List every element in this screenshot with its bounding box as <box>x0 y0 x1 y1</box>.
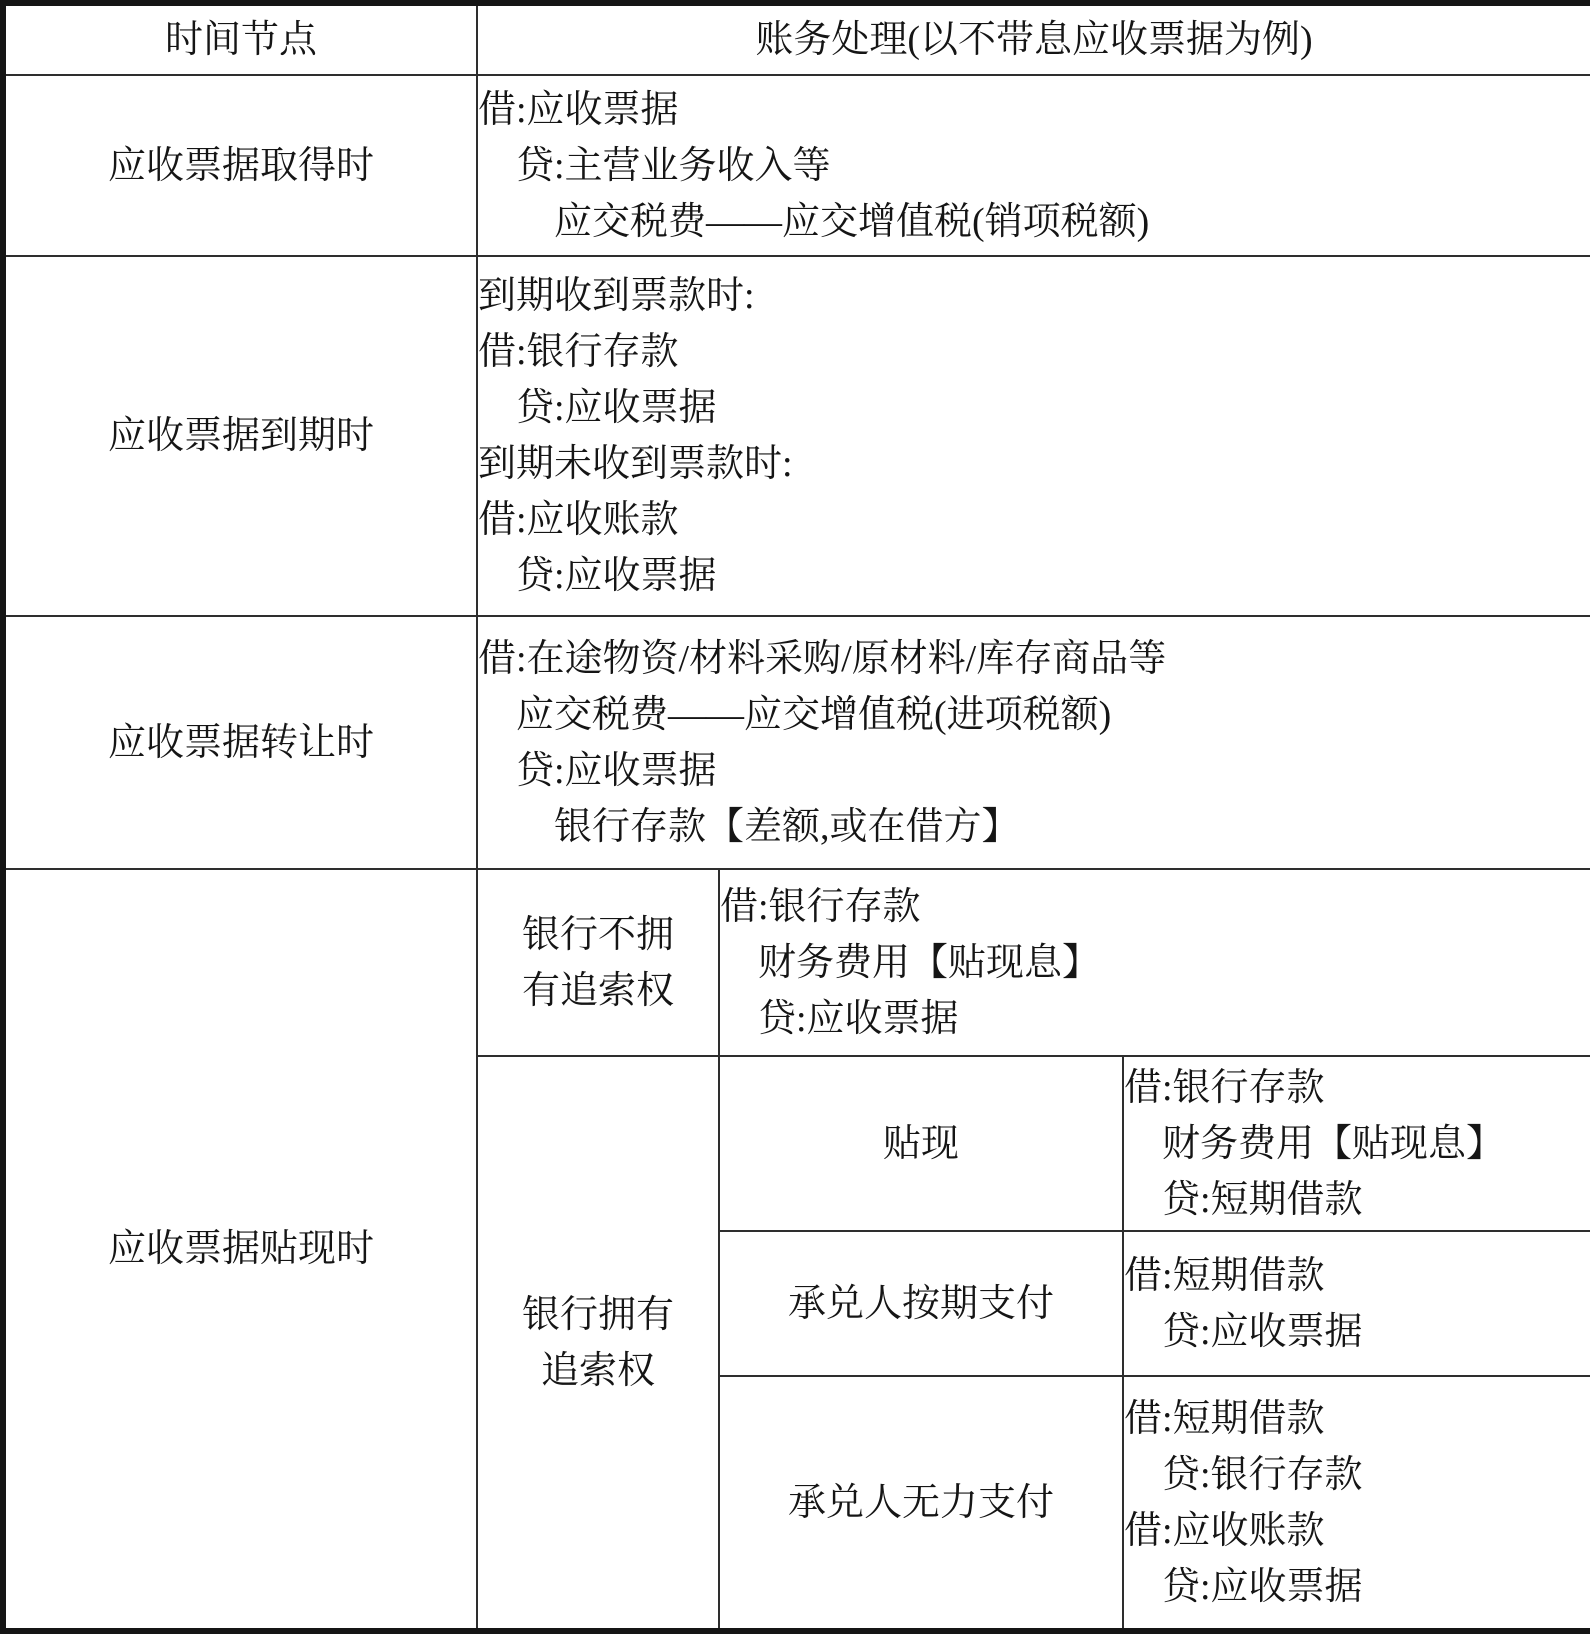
row-label-note-discounted: 应收票据贴现时 <box>3 869 477 1631</box>
entry-no-recourse: 借:银行存款 财务费用【贴现息】 贷:应收票据 <box>719 869 1590 1056</box>
row-label-note-transferred: 应收票据转让时 <box>3 616 477 869</box>
entry-acceptor-pays-on-time: 借:短期借款 贷:应收票据 <box>1123 1231 1590 1376</box>
case-label-discounting: 贴现 <box>719 1056 1123 1231</box>
sub-label-no-recourse: 银行不拥 有追索权 <box>477 869 719 1056</box>
entry-acceptor-unable-to-pay: 借:短期借款 贷:银行存款 借:应收账款 贷:应收票据 <box>1123 1376 1590 1631</box>
table-row: 应收票据转让时 借:在途物资/材料采购/原材料/库存商品等 应交税费——应交增值… <box>3 616 1590 869</box>
case-label-acceptor-pays-on-time: 承兑人按期支付 <box>719 1231 1123 1376</box>
table-row: 应收票据贴现时 银行不拥 有追索权 借:银行存款 财务费用【贴现息】 贷:应收票… <box>3 869 1590 1056</box>
accounting-treatment-table: 时间节点 账务处理(以不带息应收票据为例) 应收票据取得时 借:应收票据 贷:主… <box>0 0 1590 1634</box>
col-header-time-node: 时间节点 <box>3 3 477 75</box>
table-header-row: 时间节点 账务处理(以不带息应收票据为例) <box>3 3 1590 75</box>
row-label-note-matured: 应收票据到期时 <box>3 256 477 616</box>
col-header-treatment: 账务处理(以不带息应收票据为例) <box>477 3 1590 75</box>
entry-note-acquired: 借:应收票据 贷:主营业务收入等 应交税费——应交增值税(销项税额) <box>477 75 1590 256</box>
row-label-note-acquired: 应收票据取得时 <box>3 75 477 256</box>
table-row: 应收票据取得时 借:应收票据 贷:主营业务收入等 应交税费——应交增值税(销项税… <box>3 75 1590 256</box>
table-row: 应收票据到期时 到期收到票款时: 借:银行存款 贷:应收票据 到期未收到票款时:… <box>3 256 1590 616</box>
case-label-acceptor-unable-to-pay: 承兑人无力支付 <box>719 1376 1123 1631</box>
entry-discounting: 借:银行存款 财务费用【贴现息】 贷:短期借款 <box>1123 1056 1590 1231</box>
entry-note-matured: 到期收到票款时: 借:银行存款 贷:应收票据 到期未收到票款时: 借:应收账款 … <box>477 256 1590 616</box>
sub-label-with-recourse: 银行拥有 追索权 <box>477 1056 719 1631</box>
entry-note-transferred: 借:在途物资/材料采购/原材料/库存商品等 应交税费——应交增值税(进项税额) … <box>477 616 1590 869</box>
